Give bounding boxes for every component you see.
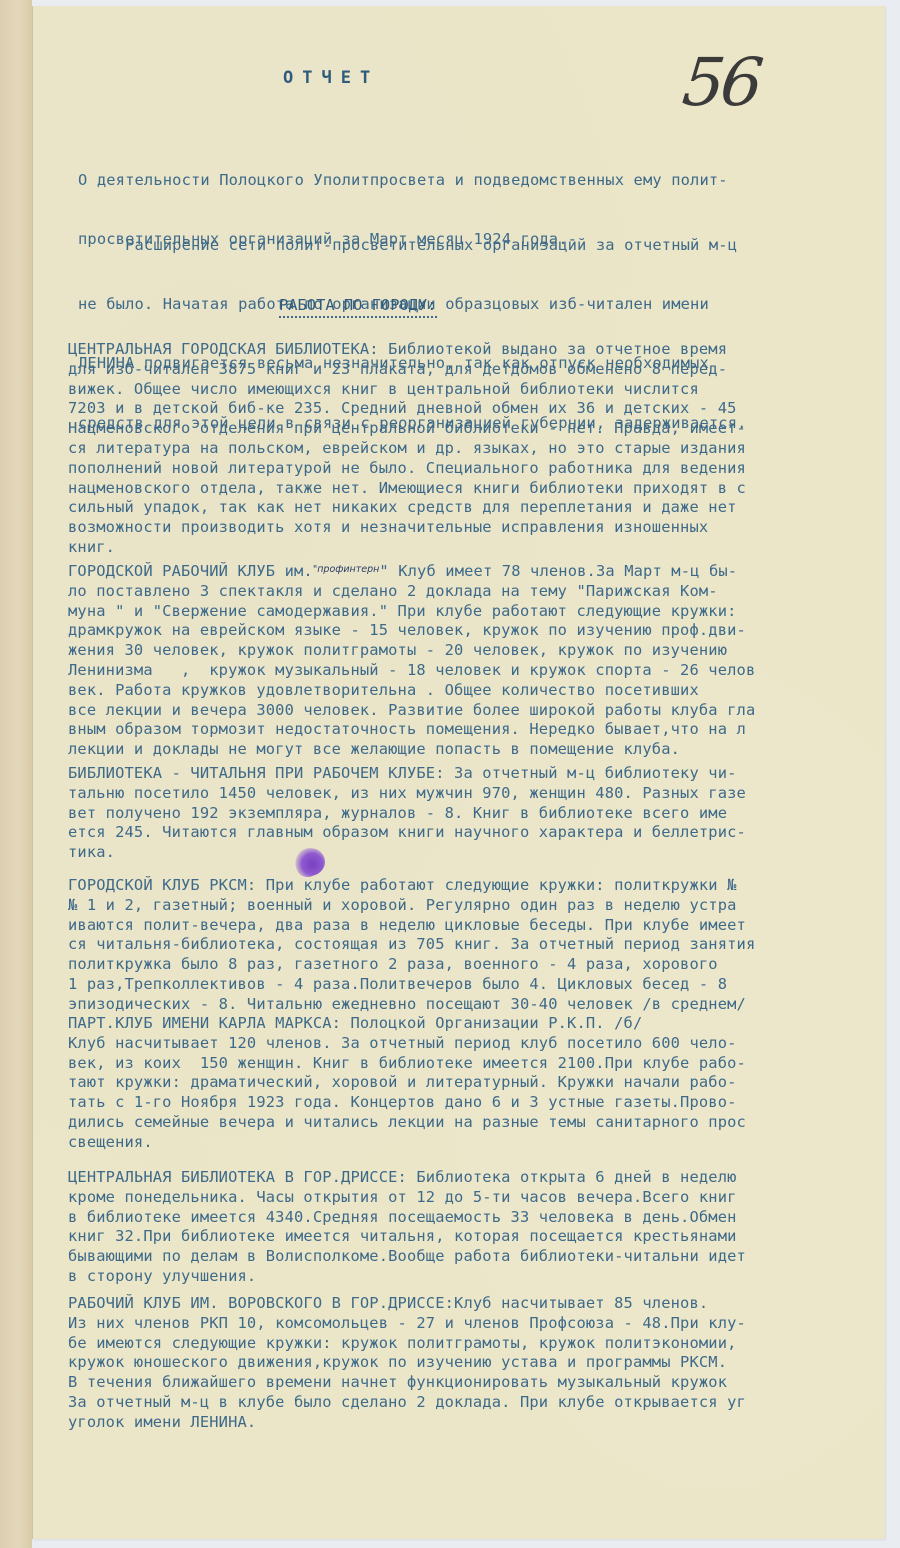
typed-line: ло поставлено 3 спектакля и сделано 2 до… xyxy=(68,582,755,602)
typed-line: муна " и "Свержение самодержавия." При к… xyxy=(68,602,755,622)
typed-line: За отчетный м-ц в клубе было сделано 2 д… xyxy=(68,1393,746,1413)
typed-line: Из них членов РКП 10, комсомольцев - 27 … xyxy=(68,1314,746,1334)
typed-line: ся читальня-библиотека, состоящая из 705… xyxy=(68,935,755,955)
typed-line: ется 245. Читаются главным образом книги… xyxy=(68,823,746,843)
intro-line: Расширение сети полит-просветительных ор… xyxy=(78,236,747,256)
typed-line: ПАРТ.КЛУБ ИМЕНИ КАРЛА МАРКСА: Полоцкой О… xyxy=(68,1014,746,1034)
folio-number: 56 xyxy=(679,44,763,121)
typed-line: возможности производить хотя и незначите… xyxy=(68,518,746,538)
typed-line: век. Работа кружков удовлетворительна . … xyxy=(68,681,755,701)
typed-line: Клуб насчитывает 120 членов. За отчетный… xyxy=(68,1034,746,1054)
typed-line: эпизодических - 8. Читальню ежедневно по… xyxy=(68,995,755,1015)
typed-line: вет получено 192 экземпляра, журналов - … xyxy=(68,804,746,824)
typed-line: ГОРОДСКОЙ РАБОЧИЙ КЛУБ им."профинтерн" К… xyxy=(68,560,755,582)
typed-line: В течения ближайшего времени начнет функ… xyxy=(68,1373,746,1393)
typed-line: дились семейные вечера и читались лекции… xyxy=(68,1113,746,1133)
typed-line: кружок юношеского движения,кружок по изу… xyxy=(68,1353,746,1373)
typed-line: бывающими по делам в Волисполкоме.Вообще… xyxy=(68,1247,746,1267)
typed-line: ЦЕНТРАЛЬНАЯ БИБЛИОТЕКА В ГОР.ДРИССЕ: Биб… xyxy=(68,1168,746,1188)
typed-line: политкружка было 8 раз, газетного 2 раза… xyxy=(68,955,755,975)
typed-line: в сторону улучшения. xyxy=(68,1267,746,1287)
typed-line: БИБЛИОТЕКА - ЧИТАЛЬНЯ ПРИ РАБОЧЕМ КЛУБЕ:… xyxy=(68,764,746,784)
typed-line: век, из коих 150 женщин. Книг в библиоте… xyxy=(68,1054,746,1074)
typed-line: тальню посетило 1450 человек, из них муж… xyxy=(68,784,746,804)
typed-line: вным образом тормозит недостаточность по… xyxy=(68,720,755,740)
typed-line: свещения. xyxy=(68,1133,746,1153)
section-city-workers-club: ГОРОДСКОЙ РАБОЧИЙ КЛУБ им."профинтерн" К… xyxy=(68,560,755,760)
typed-line: тают кружки: драматический, хоровой и ли… xyxy=(68,1073,746,1093)
document-page: 56 ОТЧЕТ О деятельности Полоцкого Уполит… xyxy=(32,6,885,1539)
typed-line: нацменовского отдела, также нет. Имеющие… xyxy=(68,479,746,499)
typed-line: 1 раз,Трепколлективов - 4 раза.Политвече… xyxy=(68,975,755,995)
section-rksm-club: ГОРОДСКОЙ КЛУБ РКСМ: При клубе работают … xyxy=(68,876,755,1015)
typed-line: жения 30 человек, кружок политграмоты - … xyxy=(68,641,755,661)
typed-line: РАБОЧИЙ КЛУБ ИМ. ВОРОВСКОГО В ГОР.ДРИССЕ… xyxy=(68,1294,746,1314)
typed-line: кроме понедельника. Часы открытия от 12 … xyxy=(68,1188,746,1208)
section-central-city-library: ЦЕНТРАЛЬНАЯ ГОРОДСКАЯ БИБЛИОТЕКА: Библио… xyxy=(68,340,746,558)
typed-line: ЦЕНТРАЛЬНАЯ ГОРОДСКАЯ БИБЛИОТЕКА: Библио… xyxy=(68,340,746,360)
typed-line: в библиотеке имеется 4340.Средняя посеща… xyxy=(68,1208,746,1228)
typed-line: пополнений новой литературой не было. Сп… xyxy=(68,459,746,479)
typed-line: лекции и доклады не могут все желающие п… xyxy=(68,740,755,760)
section-karl-marx-party-club: ПАРТ.КЛУБ ИМЕНИ КАРЛА МАРКСА: Полоцкой О… xyxy=(68,1014,746,1153)
typed-line: тать с 1-го Ноября 1923 года. Концертов … xyxy=(68,1093,746,1113)
typed-line: № 1 и 2, газетный; военный и хоровой. Ре… xyxy=(68,896,755,916)
section-drissa-central-library: ЦЕНТРАЛЬНАЯ БИБЛИОТЕКА В ГОР.ДРИССЕ: Биб… xyxy=(68,1168,746,1287)
typed-line: ся литература на польском, еврейском и д… xyxy=(68,439,746,459)
typed-line: 7203 и в детской биб-ке 235. Средний дне… xyxy=(68,399,746,419)
typed-line: сильный упадок, так как нет никаких сред… xyxy=(68,498,746,518)
section-heading: РАБОТА ПО ГОРОДУ: xyxy=(279,296,437,318)
typed-line: все лекции и вечера 3000 человек. Развит… xyxy=(68,701,755,721)
typed-line: Ленинизма , кружок музыкальный - 18 чело… xyxy=(68,661,755,681)
typed-line: бе имеются следующие кружки: кружок поли… xyxy=(68,1334,746,1354)
typed-line: для изб-читален 3875 книг и 23 плаката, … xyxy=(68,360,746,380)
section-workers-club-reading-room: БИБЛИОТЕКА - ЧИТАЛЬНЯ ПРИ РАБОЧЕМ КЛУБЕ:… xyxy=(68,764,746,863)
typed-line: вижек. Общее число имеющихся книг в цент… xyxy=(68,380,746,400)
binding-strip xyxy=(0,0,32,1548)
typed-line: ГОРОДСКОЙ КЛУБ РКСМ: При клубе работают … xyxy=(68,876,755,896)
handwritten-insert: "профинтерн xyxy=(313,564,380,575)
typed-line: Нацменовского отделения при центральной … xyxy=(68,419,746,439)
subtitle-line: О деятельности Полоцкого Уполитпросвета … xyxy=(78,171,728,191)
typed-line: книг. xyxy=(68,538,746,558)
section-drissa-vorovsky-club: РАБОЧИЙ КЛУБ ИМ. ВОРОВСКОГО В ГОР.ДРИССЕ… xyxy=(68,1294,746,1433)
typed-line: иваются полит-вечера, два раза в неделю … xyxy=(68,916,755,936)
typed-line: драмкружок на еврейском языке - 15 челов… xyxy=(68,621,755,641)
document-title: ОТЧЕТ xyxy=(283,68,379,88)
typed-line: уголок имени ЛЕНИНА. xyxy=(68,1413,746,1433)
typed-line: тика. xyxy=(68,843,746,863)
typed-line: книг 32.При библиотеке имеется читальня,… xyxy=(68,1227,746,1247)
